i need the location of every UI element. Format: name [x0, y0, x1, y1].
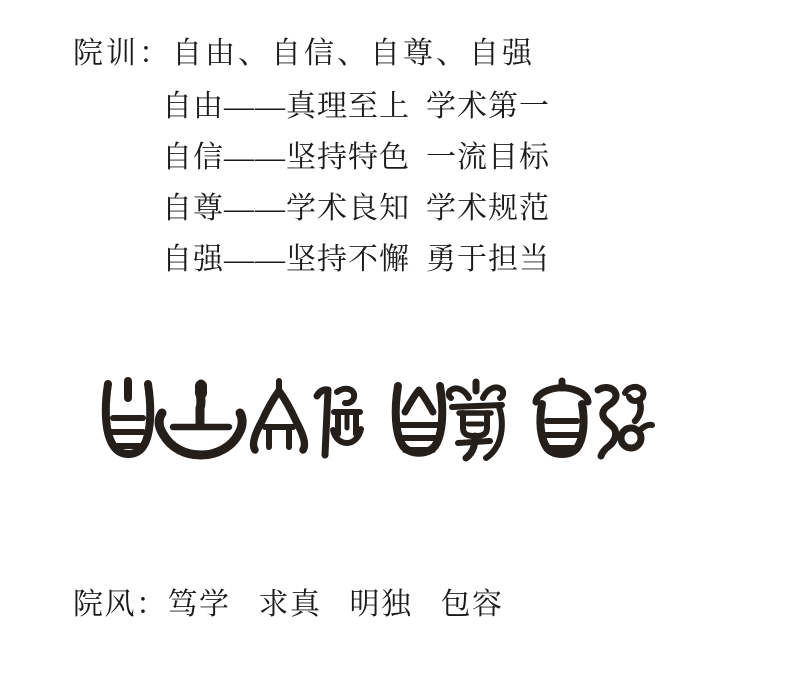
motto-dash: —— — [224, 90, 286, 123]
motto-phrase: 真理至上 — [286, 90, 410, 123]
motto-term: 自信 — [162, 141, 224, 174]
seal-word-zixin — [254, 381, 361, 455]
ethos-item: 求真 — [259, 588, 322, 621]
motto-line-ziqiang: 自强——坚持不懈勇于担当 — [162, 243, 550, 277]
motto-term: 自由 — [162, 90, 224, 123]
motto-line-zixin: 自信——坚持特色一流目标 — [162, 141, 550, 175]
seal-script-calligraphy — [95, 376, 655, 464]
motto-phrase: 学术良知 — [286, 192, 410, 225]
motto-dash: —— — [224, 243, 286, 276]
ethos-line: 院风：笃学求真明独包容 — [73, 588, 504, 622]
motto-phrase: 坚持不懈 — [286, 243, 410, 276]
motto-dash: —— — [224, 192, 286, 225]
motto-heading-summary: 自由、自信、自尊、自强 — [172, 37, 535, 70]
motto-dash: —— — [224, 141, 286, 174]
motto-phrase: 一流目标 — [426, 141, 550, 174]
motto-phrase: 勇于担当 — [426, 243, 550, 276]
motto-line-zizun: 自尊——学术良知学术规范 — [162, 192, 550, 226]
ethos-item: 包容 — [441, 588, 504, 621]
motto-page: 院训：自由、自信、自尊、自强 自由——真理至上学术第一 自信——坚持特色一流目标… — [0, 0, 790, 674]
seal-word-zizun — [396, 382, 503, 458]
ethos-item: 明独 — [350, 588, 413, 621]
motto-term: 自强 — [162, 243, 224, 276]
ethos-item: 笃学 — [168, 588, 231, 621]
motto-heading-label: 院训： — [73, 37, 172, 70]
motto-line-ziyou: 自由——真理至上学术第一 — [162, 90, 550, 124]
motto-phrase: 学术第一 — [426, 90, 550, 123]
seal-word-ziyou — [106, 381, 242, 455]
ethos-label: 院风： — [73, 588, 168, 621]
seal-word-ziqiang — [536, 381, 652, 456]
motto-term: 自尊 — [162, 192, 224, 225]
motto-phrase: 坚持特色 — [286, 141, 410, 174]
motto-heading: 院训：自由、自信、自尊、自强 — [73, 37, 535, 71]
motto-phrase: 学术规范 — [426, 192, 550, 225]
